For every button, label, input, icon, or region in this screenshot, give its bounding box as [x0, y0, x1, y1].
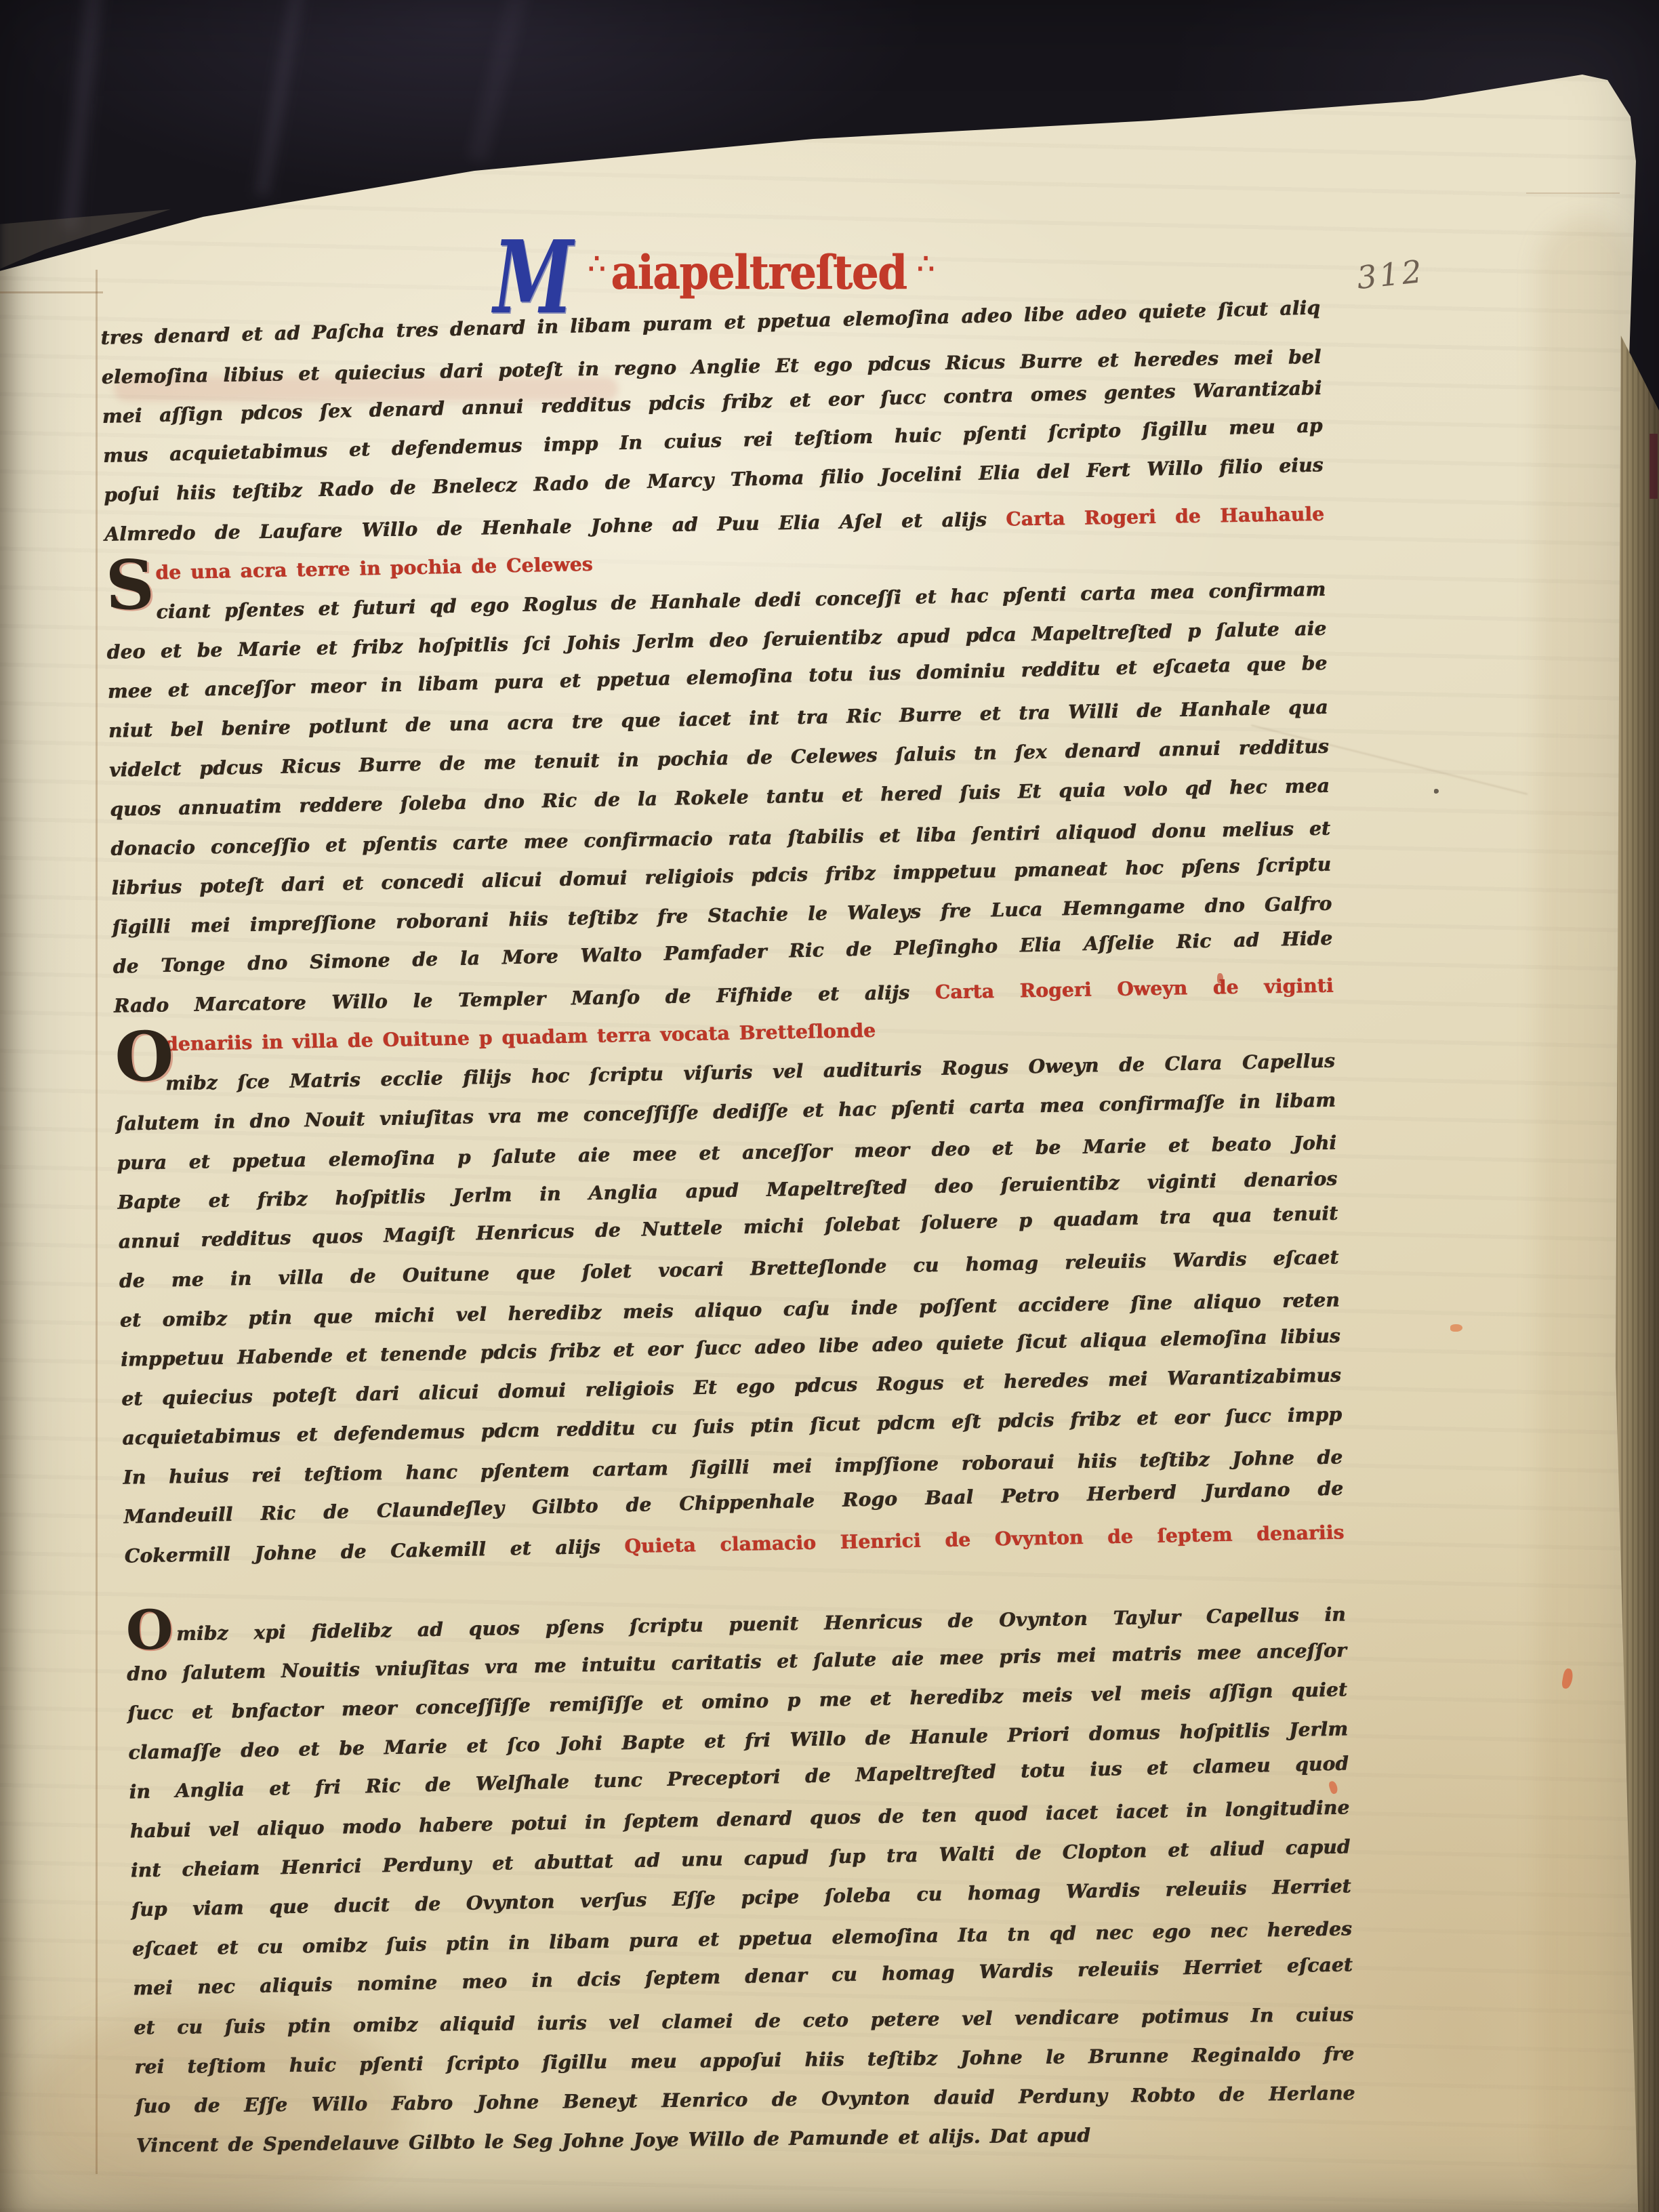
binding-edge [1650, 434, 1658, 499]
charter-text: et cu ſuis ptin omibz aliquid iuris vel … [134, 2003, 1353, 2039]
cloth-fold [467, 0, 529, 163]
charter-text: ſuo de Eſſe Willo Fabro Johne Beneyt Hen… [135, 2082, 1355, 2117]
ruling-line-vertical [96, 270, 98, 2174]
charter-text: Cokermill Johne de Cakemill et alijs [124, 1535, 624, 1567]
ink-speck [1434, 789, 1439, 794]
folio-number: 312 [1355, 253, 1426, 296]
ruling-line-horizontal [0, 291, 103, 293]
rubric-text: Quieta clamacio Henrici de Ovynton de ſe… [624, 1521, 1345, 1557]
rubric-text: denariis in villa de Ouitune p quadam te… [165, 1019, 876, 1056]
cloth-fold [255, 0, 306, 196]
rubric-text: Carta Rogeri Oweyn de viginti [935, 975, 1333, 1004]
ruling-line-horizontal [1526, 192, 1620, 194]
rubric-flourish-icon: ∴ [917, 251, 934, 278]
heading-initial-letter: M [493, 239, 571, 316]
drop-cap-initial: O [125, 1602, 173, 1657]
charter-text: rei teſtiom huic pſenti ſcripto ſigillu … [134, 2043, 1354, 2078]
cloth-fold [60, 0, 103, 230]
rubric-text: Carta Rogeri de Hauhaule [1006, 503, 1324, 531]
charter-text: Vincent de Spendelauve Gilbto le Seg Joh… [136, 2124, 1091, 2156]
parchment-page: 312 M ∴ aiapeltreſted ∴ tres denard et a… [0, 0, 1659, 2212]
manuscript-photo: 312 M ∴ aiapeltreſted ∴ tres denard et a… [0, 0, 1659, 2212]
red-ink-speck [1450, 1324, 1462, 1332]
rubric-text: de una acra terre in pochia de Celewes [155, 553, 593, 584]
text-block: tres denard et ad Paſcha tres denard in … [100, 295, 1356, 2166]
heading-rubric-text: aiapeltreſted [611, 249, 906, 296]
rubric-flourish-icon: ∴ [588, 251, 605, 278]
